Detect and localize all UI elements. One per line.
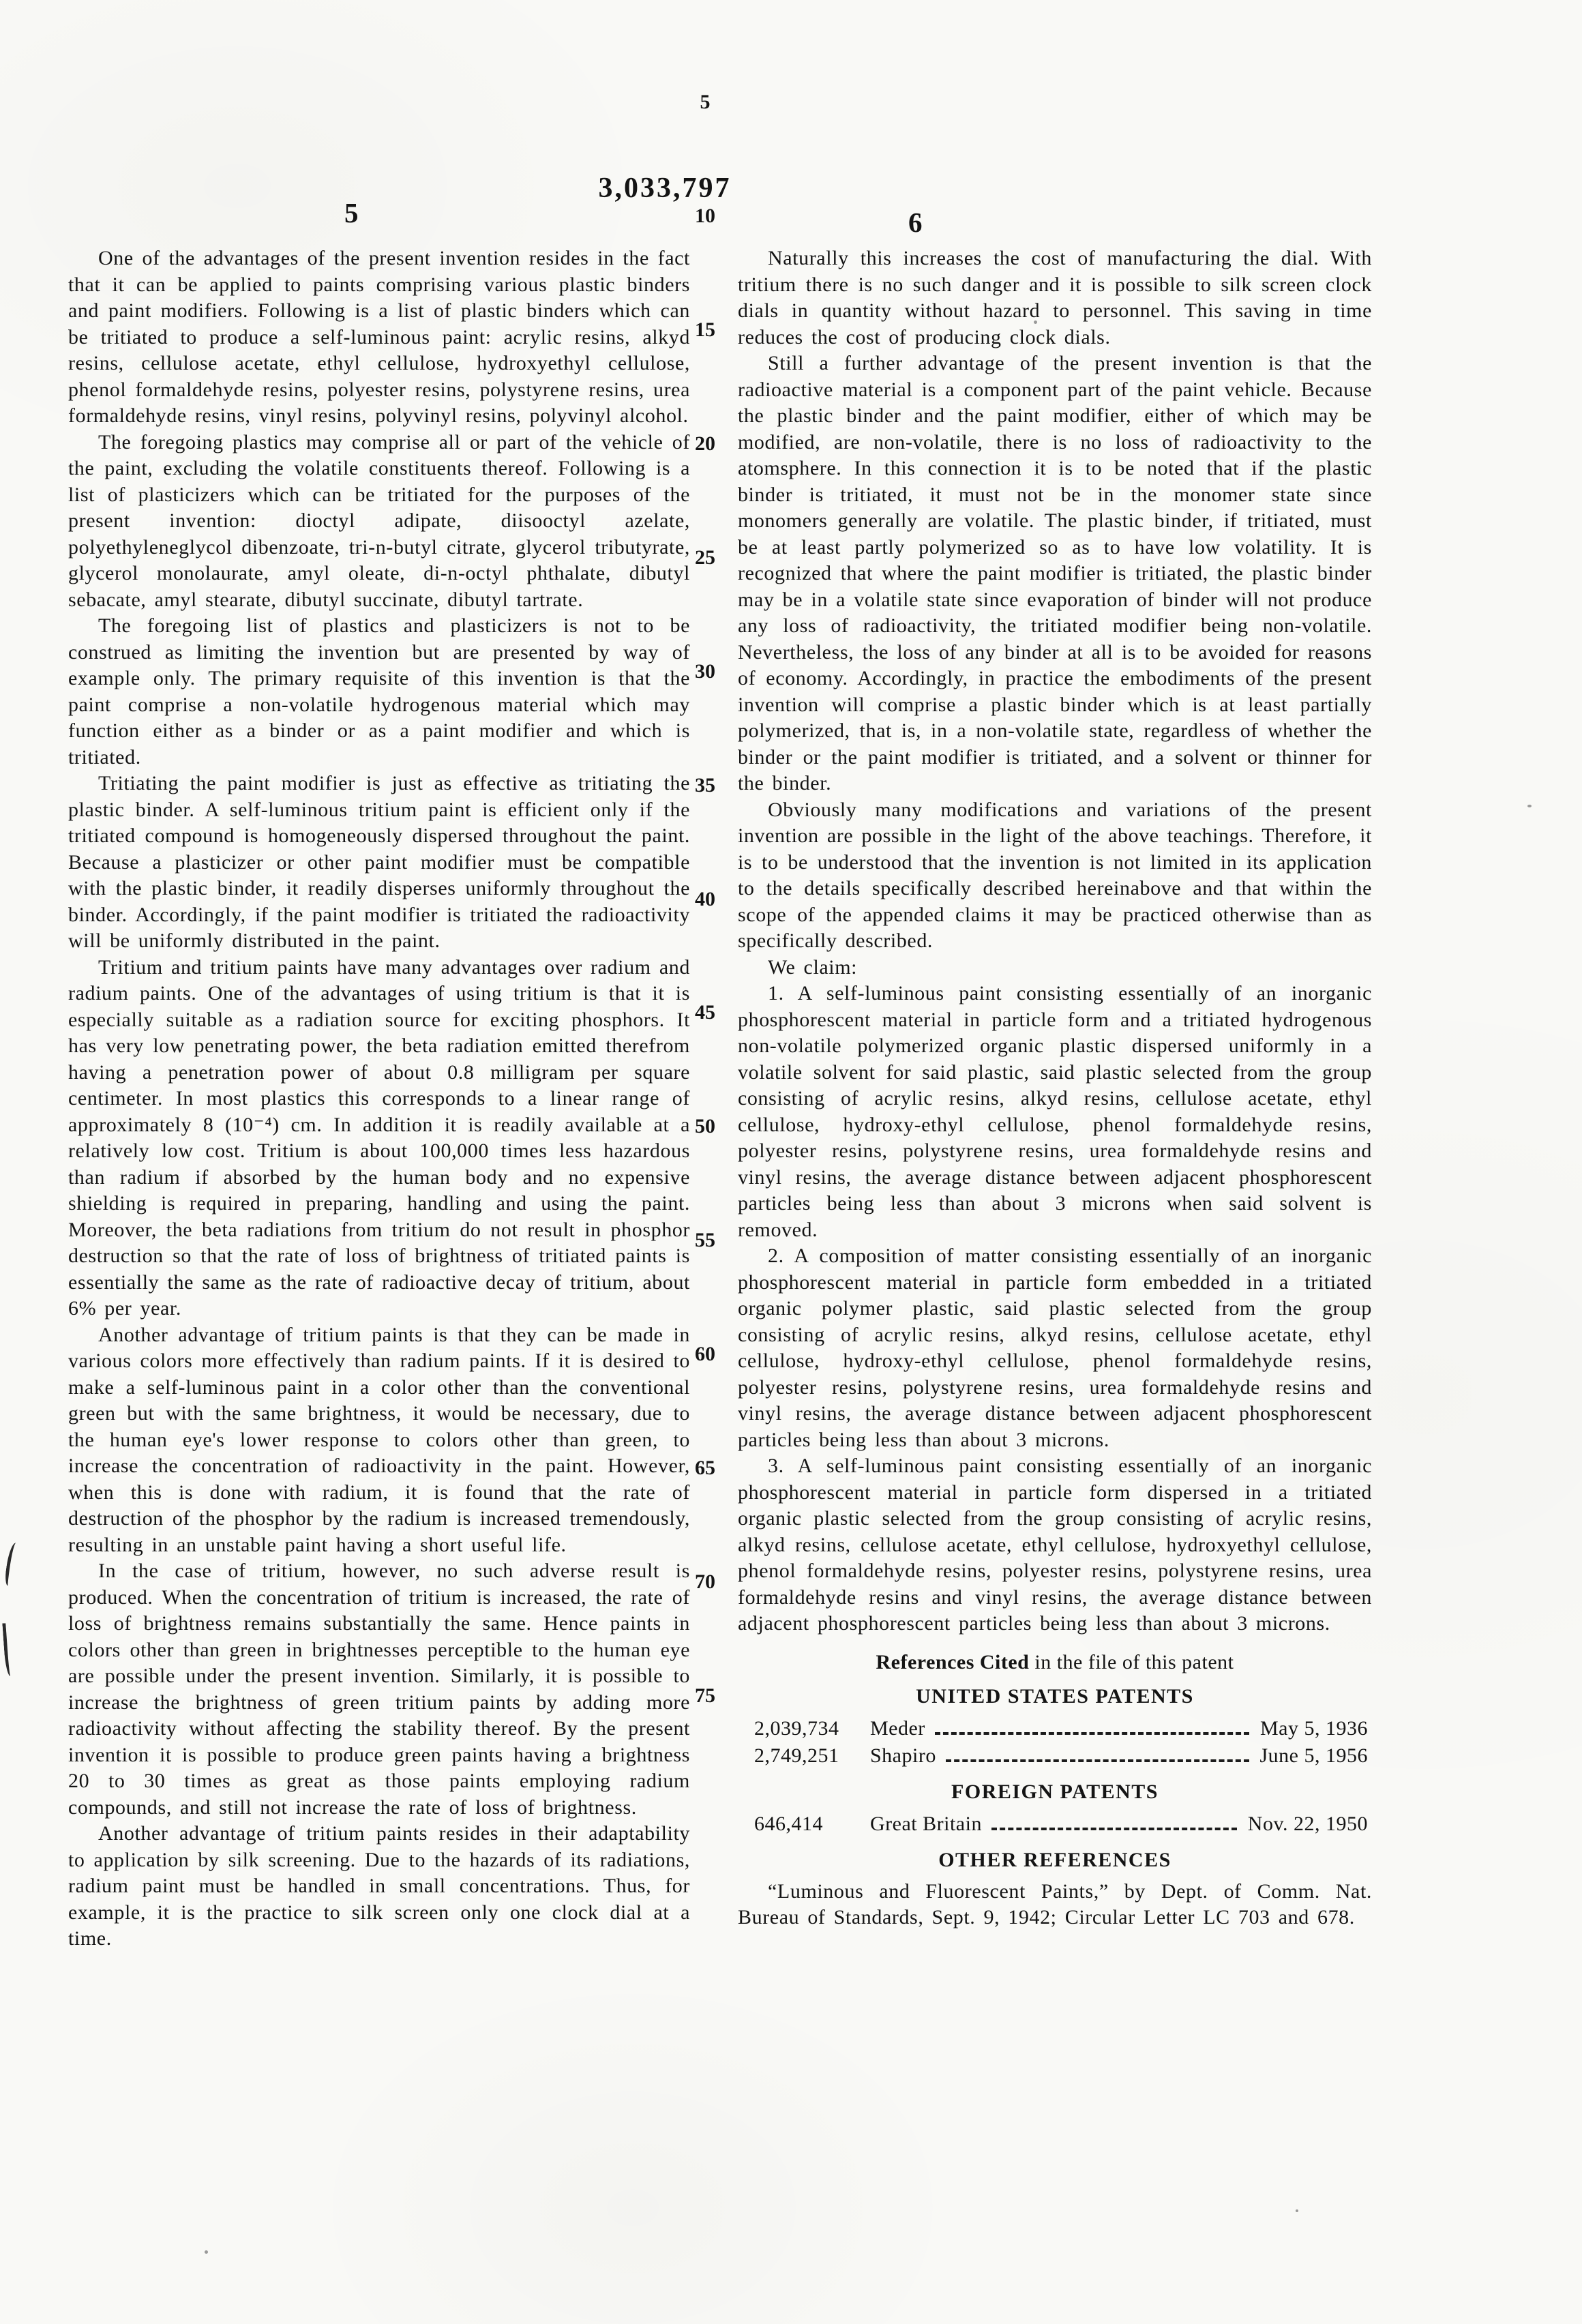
gutter-line-number: 5 — [682, 91, 728, 114]
paragraph: The foregoing list of plastics and plast… — [68, 613, 690, 771]
paragraph: Another advantage of tritium paints resi… — [68, 1821, 690, 1952]
other-references-text: “Luminous and Fluorescent Paints,” by De… — [738, 1879, 1372, 1931]
columns: One of the advantages of the present inv… — [68, 245, 1372, 1952]
claims-intro: We claim: — [738, 955, 1372, 981]
paragraph: Tritium and tritium paints have many adv… — [68, 955, 690, 1322]
patent-row-number: 2,749,251 — [754, 1742, 870, 1770]
paragraph: Obviously many modifications and variati… — [738, 797, 1372, 955]
dash-leader — [991, 1813, 1237, 1830]
claim-1: 1. A self-luminous paint consisting esse… — [738, 981, 1372, 1243]
patent-row-date: June 5, 1956 — [1260, 1742, 1369, 1770]
left-column: One of the advantages of the present inv… — [68, 245, 690, 1952]
patent-row-number: 646,414 — [754, 1811, 870, 1838]
dash-leader — [935, 1717, 1249, 1735]
patent-row-date: May 5, 1936 — [1260, 1715, 1368, 1742]
column-number-left: 5 — [344, 196, 359, 229]
patent-row-name: Shapiro — [870, 1742, 946, 1770]
patent-row-name: Great Britain — [870, 1811, 991, 1838]
patent-row: 2,039,734 Meder May 5, 1936 — [738, 1715, 1372, 1742]
paragraph: Tritiating the paint modifier is just as… — [68, 771, 690, 955]
claim-3: 3. A self-luminous paint consisting esse… — [738, 1453, 1372, 1637]
patent-row-name: Meder — [870, 1715, 935, 1742]
patent-page: 3,033,797 5 6 5 10 15 20 25 30 35 40 45 … — [0, 0, 1582, 2324]
paragraph: In the case of tritium, however, no such… — [68, 1558, 690, 1821]
paragraph: One of the advantages of the present inv… — [68, 245, 690, 430]
scan-speck — [1527, 805, 1532, 807]
patent-row-number: 2,039,734 — [754, 1715, 870, 1742]
ink-mark — [4, 1542, 20, 1586]
references-heading-rest: in the file of this patent — [1029, 1651, 1234, 1673]
right-column: Naturally this increases the cost of man… — [738, 245, 1372, 1952]
claim-2: 2. A composition of matter consisting es… — [738, 1243, 1372, 1453]
paragraph: The foregoing plastics may comprise all … — [68, 430, 690, 614]
patent-row: 2,749,251 Shapiro June 5, 1956 — [738, 1742, 1372, 1770]
paragraph: Still a further advantage of the present… — [738, 351, 1372, 797]
column-number-right: 6 — [908, 206, 923, 239]
gutter-line-number: 10 — [682, 205, 728, 228]
scan-speck — [1034, 321, 1037, 324]
references-section: References Cited in the file of this pat… — [738, 1637, 1372, 1931]
references-heading: References Cited in the file of this pat… — [738, 1651, 1372, 1674]
patent-number: 3,033,797 — [528, 172, 801, 205]
foreign-patents-heading: FOREIGN PATENTS — [738, 1781, 1372, 1804]
scan-speck — [1296, 2209, 1298, 2212]
patent-row-date: Nov. 22, 1950 — [1248, 1811, 1368, 1838]
patent-row: 646,414 Great Britain Nov. 22, 1950 — [738, 1811, 1372, 1838]
ink-mark — [2, 1623, 14, 1677]
dash-leader — [946, 1744, 1249, 1762]
other-references-heading: OTHER REFERENCES — [738, 1849, 1372, 1872]
references-heading-bold: References Cited — [876, 1651, 1030, 1673]
us-patents-heading: UNITED STATES PATENTS — [738, 1685, 1372, 1708]
scan-speck — [205, 2250, 208, 2254]
paragraph: Naturally this increases the cost of man… — [738, 245, 1372, 351]
paragraph: Another advantage of tritium paints is t… — [68, 1322, 690, 1559]
